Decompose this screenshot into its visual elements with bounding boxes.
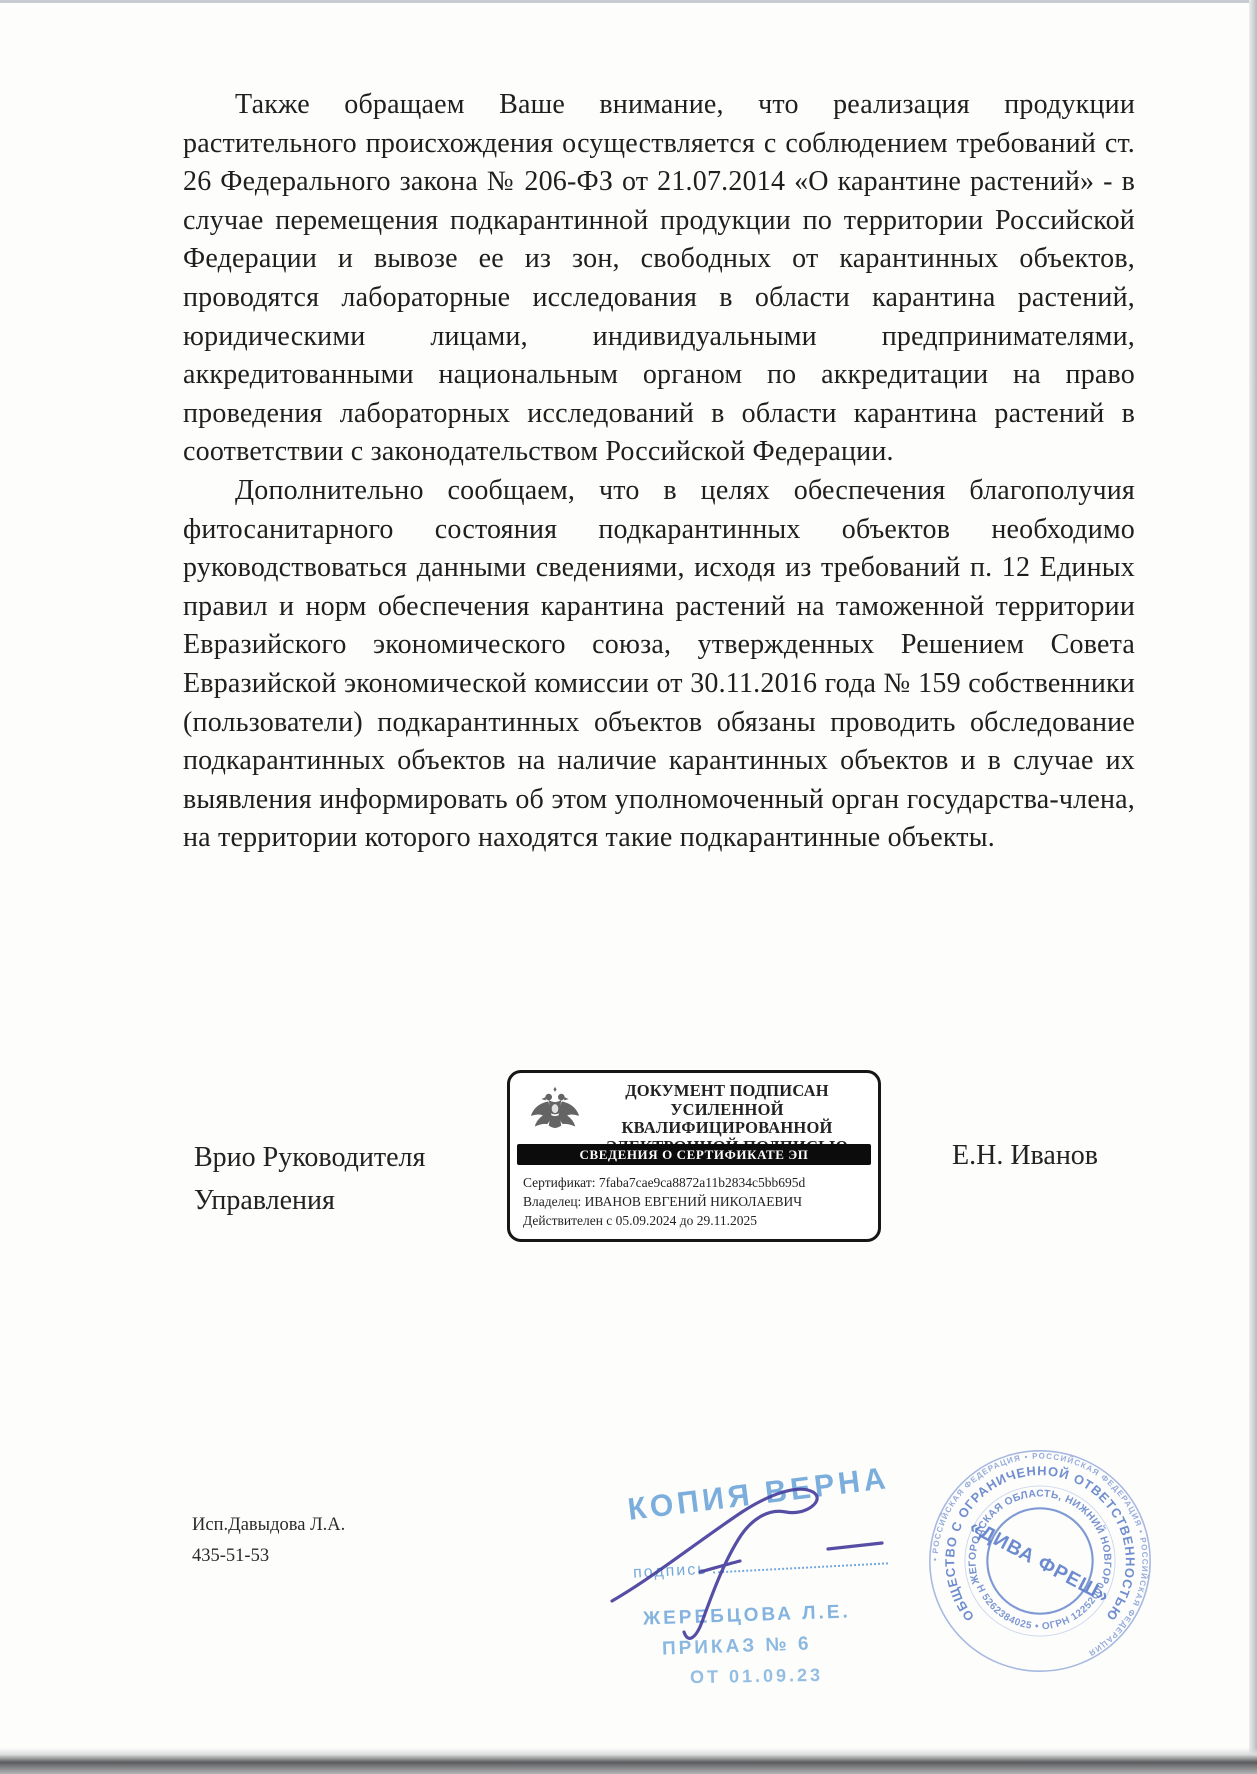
signatory-position-line-2: Управления <box>194 1179 425 1222</box>
signatory-name: Е.Н. Иванов <box>952 1140 1098 1172</box>
company-round-stamp: • РОССИЙСКАЯ ФЕДЕРАЦИЯ • РОССИЙСКАЯ ФЕДЕ… <box>923 1444 1157 1678</box>
scan-edge-bottom <box>0 1748 1257 1774</box>
certificate-validity-line: Действителен с 05.09.2024 до 29.11.2025 <box>523 1212 870 1231</box>
double-headed-eagle-icon <box>526 1083 584 1141</box>
certificate-owner-line: Владелец: ИВАНОВ ЕВГЕНИЙ НИКОЛАЕВИЧ <box>523 1193 870 1212</box>
signatory-position: Врио Руководителя Управления <box>194 1136 425 1222</box>
body-paragraph-2: Дополнительно сообщаем, что в целях обес… <box>183 472 1135 858</box>
scanned-letter-page: Также обращаем Ваше внимание, что реализ… <box>0 0 1257 1774</box>
executor-name: Исп.Давыдова Л.А. <box>192 1510 345 1541</box>
certificate-info-bar-label: СВЕДЕНИЯ О СЕРТИФИКАТЕ ЭП <box>580 1147 809 1163</box>
scan-edge-right <box>1249 0 1257 1774</box>
esign-title-line-2: УСИЛЕННОЙ КВАЛИФИЦИРОВАННОЙ <box>582 1101 872 1138</box>
body-paragraph-1: Также обращаем Ваше внимание, что реализ… <box>183 86 1135 472</box>
handwritten-signature <box>560 1430 940 1690</box>
scan-edge-top <box>0 0 1257 3</box>
certificate-info-bar: СВЕДЕНИЯ О СЕРТИФИКАТЕ ЭП <box>517 1144 871 1165</box>
letter-body: Также обращаем Ваше внимание, что реализ… <box>183 86 1135 858</box>
esignature-stamp-box: ДОКУМЕНТ ПОДПИСАН УСИЛЕННОЙ КВАЛИФИЦИРОВ… <box>507 1070 881 1242</box>
esign-title-line-1: ДОКУМЕНТ ПОДПИСАН <box>582 1082 872 1101</box>
executor-block: Исп.Давыдова Л.А. 435-51-53 <box>192 1510 345 1572</box>
certificate-details: Сертификат: 7faba7cae9ca8872a11b2834c5bb… <box>523 1174 870 1230</box>
certificate-number-line: Сертификат: 7faba7cae9ca8872a11b2834c5bb… <box>523 1174 870 1193</box>
executor-phone: 435-51-53 <box>192 1541 345 1572</box>
signatory-position-line-1: Врио Руководителя <box>194 1136 425 1179</box>
